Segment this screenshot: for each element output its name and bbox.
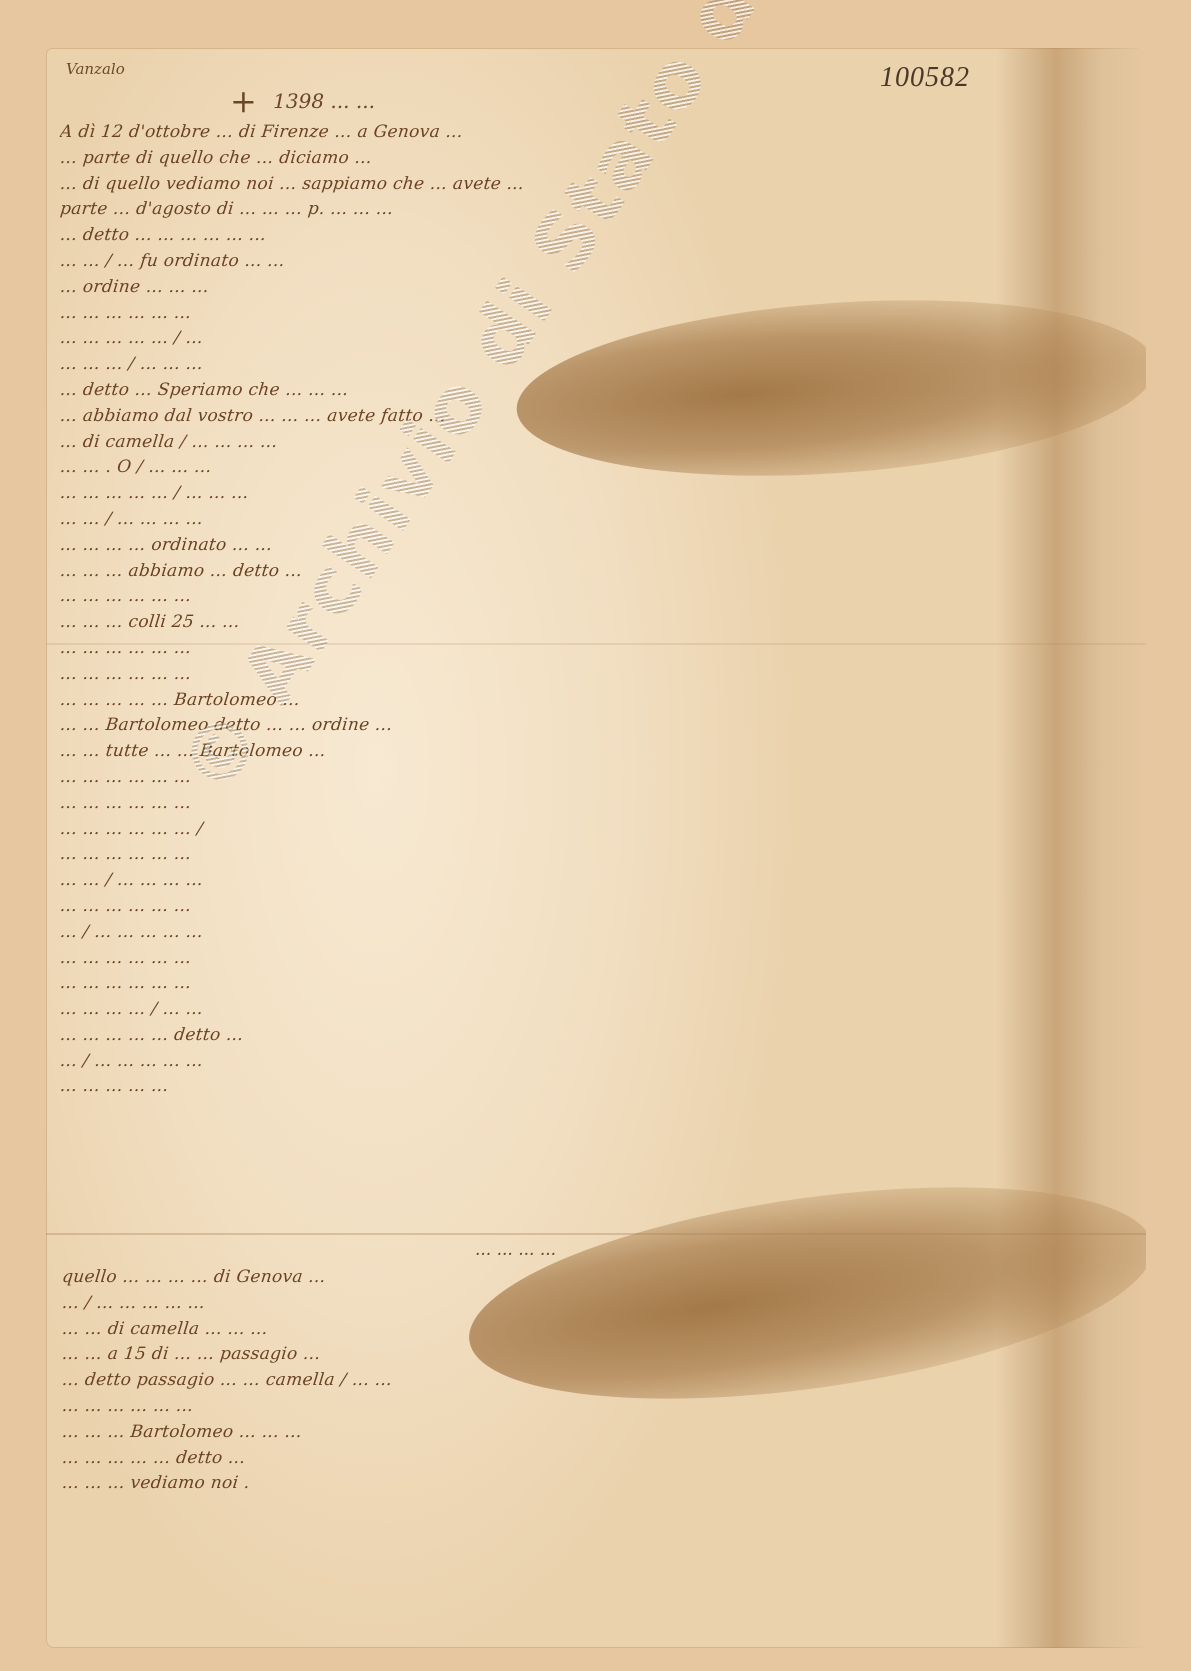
manuscript-line: ... ... ... ... ... ... xyxy=(59,584,1072,610)
manuscript-line: ... ... ... colli 25 ... ... xyxy=(59,610,1072,636)
manuscript-line: ... ... ... ... ... / ... xyxy=(59,326,1072,352)
manuscript-line: ... ... ... Bartolomeo ... ... ... xyxy=(61,1420,1074,1446)
manuscript-line: ... ... ... ... ... ... xyxy=(59,662,1072,688)
manuscript-line: ... ... ... ... ... / ... ... ... xyxy=(59,481,1072,507)
manuscript-line: ... ... ... ... ... xyxy=(59,1074,1072,1100)
manuscript-line: ... ... ... ... / ... ... xyxy=(59,997,1072,1023)
section-2-note: ... ... ... ... xyxy=(475,1240,556,1260)
manuscript-line: ... / ... ... ... ... ... xyxy=(59,1049,1072,1075)
manuscript-line: ... ... ... / ... ... ... xyxy=(59,352,1072,378)
manuscript-line: ... abbiamo dal vostro ... ... ... avete… xyxy=(59,404,1072,430)
archive-number: 100582 xyxy=(880,62,970,94)
manuscript-line: ... ... / ... ... ... ... xyxy=(59,507,1072,533)
manuscript-line: ... / ... ... ... ... ... xyxy=(59,920,1072,946)
manuscript-line: ... ... ... ... ... ... xyxy=(59,842,1072,868)
manuscript-line: ... ... ... vediamo noi . xyxy=(61,1471,1074,1497)
manuscript-line: ... di camella / ... ... ... ... xyxy=(59,430,1072,456)
manuscript-line: ... ... . O / ... ... ... xyxy=(59,455,1072,481)
cross-symbol-icon: + xyxy=(230,82,257,120)
manuscript-line: quello ... ... ... ... di Genova ... xyxy=(61,1265,1074,1291)
manuscript-line: ... ... a 15 di ... ... passagio ... xyxy=(61,1342,1074,1368)
manuscript-line: ... ... ... ... ... ... xyxy=(61,1394,1074,1420)
manuscript-line: ... ... ... ... ... detto ... xyxy=(59,1023,1072,1049)
letter-header: + 1398 ... ... xyxy=(230,82,375,120)
manuscript-line: ... ... ... ... ... ... xyxy=(59,791,1072,817)
manuscript-line: ... ... ... ... ... ... xyxy=(59,636,1072,662)
manuscript-line: ... ... di camella ... ... ... xyxy=(61,1317,1074,1343)
manuscript-line: A dì 12 d'ottobre ... di Firenze ... a G… xyxy=(59,120,1072,146)
manuscript-line: ... detto ... Speriamo che ... ... ... xyxy=(59,378,1072,404)
letter-body-section-2: quello ... ... ... ... di Genova ... ...… xyxy=(62,1265,1072,1497)
manuscript-line: ... detto passagio ... ... camella / ...… xyxy=(61,1368,1074,1394)
manuscript-line: ... ... ... ... ordinato ... ... xyxy=(59,533,1072,559)
manuscript-line: ... ... ... ... ... ... / xyxy=(59,817,1072,843)
manuscript-line: ... / ... ... ... ... ... xyxy=(61,1291,1074,1317)
manuscript-line: ... ... ... ... ... ... xyxy=(59,894,1072,920)
manuscript-line: ... ... ... abbiamo ... detto ... xyxy=(59,559,1072,585)
manuscript-line: ... ... / ... ... ... ... xyxy=(59,868,1072,894)
manuscript-line: ... ... ... ... ... ... xyxy=(59,971,1072,997)
corner-note: Vanzalo xyxy=(66,60,125,78)
manuscript-line: ... ... ... ... ... detto ... xyxy=(61,1446,1074,1472)
header-date: 1398 ... ... xyxy=(273,89,375,113)
manuscript-line: ... ... ... ... ... ... xyxy=(59,946,1072,972)
fold-line-lower xyxy=(46,1233,1146,1235)
